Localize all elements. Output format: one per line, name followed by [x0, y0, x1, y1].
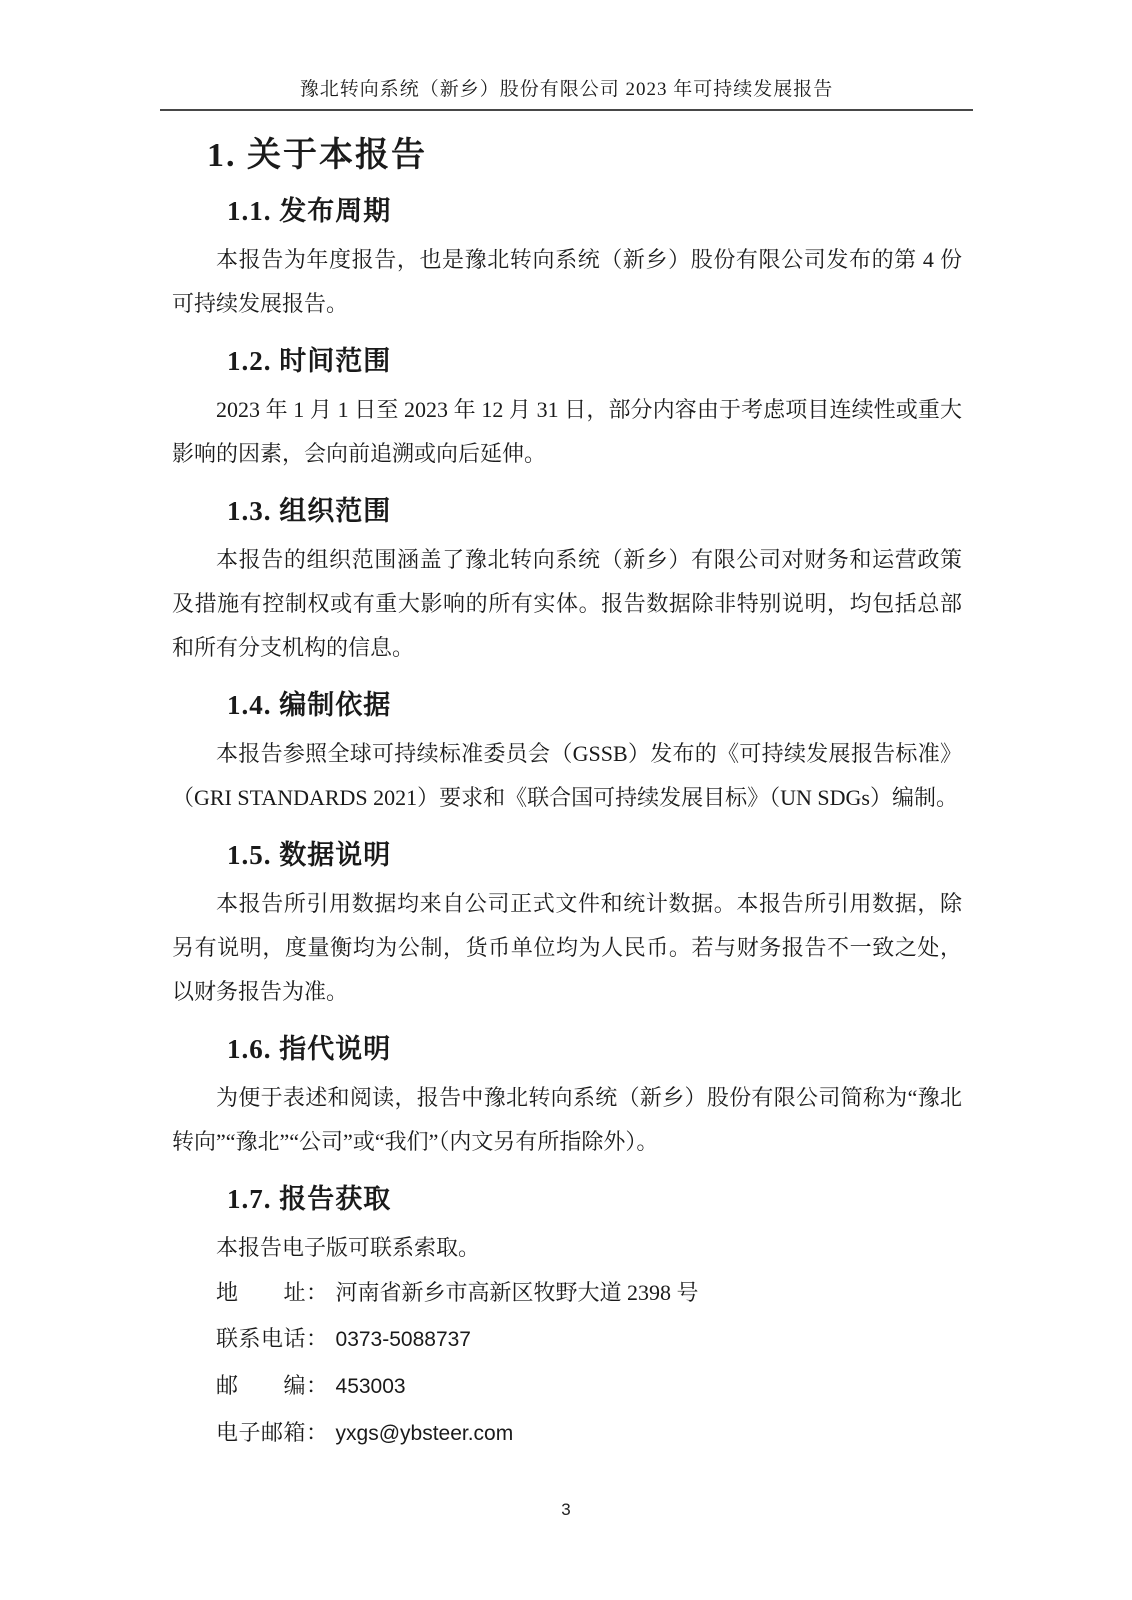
contact-email-value: yxgs@ybsteer.com	[336, 1422, 514, 1445]
contact-email-row: 电子邮箱：yxgs@ybsteer.com	[216, 1410, 962, 1457]
document-body: 1. 关于本报告 1.1. 发布周期 本报告为年度报告，也是豫北转向系统（新乡）…	[172, 112, 962, 1457]
contact-email-label: 电子邮箱：	[216, 1420, 329, 1445]
paragraph: 本报告所引用数据均来自公司正式文件和统计数据。本报告所引用数据，除另有说明，度量…	[172, 882, 962, 1014]
section-heading: 1.7. 报告获取	[227, 1184, 962, 1214]
paragraph: 本报告的组织范围涵盖了豫北转向系统（新乡）有限公司对财务和运营政策及措施有控制权…	[172, 538, 962, 670]
section-heading: 1.6. 指代说明	[227, 1034, 962, 1064]
section-preparation-basis: 1.4. 编制依据 本报告参照全球可持续标准委员会（GSSB）发布的《可持续发展…	[172, 690, 962, 820]
contact-phone-value: 0373-5088737	[336, 1328, 471, 1351]
section-heading: 1.2. 时间范围	[227, 346, 962, 376]
section-time-scope: 1.2. 时间范围 2023 年 1 月 1 日至 2023 年 12 月 31…	[172, 346, 962, 476]
header-running-title: 豫北转向系统（新乡）股份有限公司 2023 年可持续发展报告	[300, 79, 834, 100]
section-heading: 1.1. 发布周期	[227, 196, 962, 226]
contact-address-row: 地 址：河南省新乡市高新区牧野大道 2398 号	[216, 1270, 962, 1316]
paragraph: 本报告参照全球可持续标准委员会（GSSB）发布的《可持续发展报告标准》（GRI …	[172, 732, 962, 820]
section-heading: 1.4. 编制依据	[227, 690, 962, 720]
paragraph: 本报告为年度报告，也是豫北转向系统（新乡）股份有限公司发布的第 4 份可持续发展…	[172, 238, 962, 326]
section-data-notes: 1.5. 数据说明 本报告所引用数据均来自公司正式文件和统计数据。本报告所引用数…	[172, 840, 962, 1014]
contact-postcode-row: 邮 编：453003	[216, 1363, 962, 1410]
report-page: 豫北转向系统（新乡）股份有限公司 2023 年可持续发展报告 1. 关于本报告 …	[0, 0, 1132, 1600]
contact-phone-row: 联系电话：0373-5088737	[216, 1316, 962, 1363]
section-release-cycle: 1.1. 发布周期 本报告为年度报告，也是豫北转向系统（新乡）股份有限公司发布的…	[172, 196, 962, 326]
section-reference-notes: 1.6. 指代说明 为便于表述和阅读，报告中豫北转向系统（新乡）股份有限公司简称…	[172, 1034, 962, 1164]
contact-address-value: 河南省新乡市高新区牧野大道 2398 号	[336, 1280, 699, 1305]
paragraph: 2023 年 1 月 1 日至 2023 年 12 月 31 日，部分内容由于考…	[172, 388, 962, 476]
contact-postcode-value: 453003	[336, 1375, 406, 1398]
contact-address-label: 地 址：	[216, 1280, 329, 1305]
paragraph: 为便于表述和阅读，报告中豫北转向系统（新乡）股份有限公司简称为“豫北转向”“豫北…	[172, 1076, 962, 1164]
section-heading: 1.5. 数据说明	[227, 840, 962, 870]
contact-phone-label: 联系电话：	[216, 1326, 329, 1351]
contact-postcode-label: 邮 编：	[216, 1373, 329, 1398]
section-report-access: 1.7. 报告获取 本报告电子版可联系索取。 地 址：河南省新乡市高新区牧野大道…	[172, 1184, 962, 1457]
section-heading: 1.3. 组织范围	[227, 496, 962, 526]
paragraph: 本报告电子版可联系索取。	[172, 1226, 962, 1270]
section-org-scope: 1.3. 组织范围 本报告的组织范围涵盖了豫北转向系统（新乡）有限公司对财务和运…	[172, 496, 962, 670]
page-header: 豫北转向系统（新乡）股份有限公司 2023 年可持续发展报告	[160, 78, 973, 111]
page-number: 3	[0, 1500, 1132, 1520]
document-title: 1. 关于本报告	[207, 136, 962, 176]
